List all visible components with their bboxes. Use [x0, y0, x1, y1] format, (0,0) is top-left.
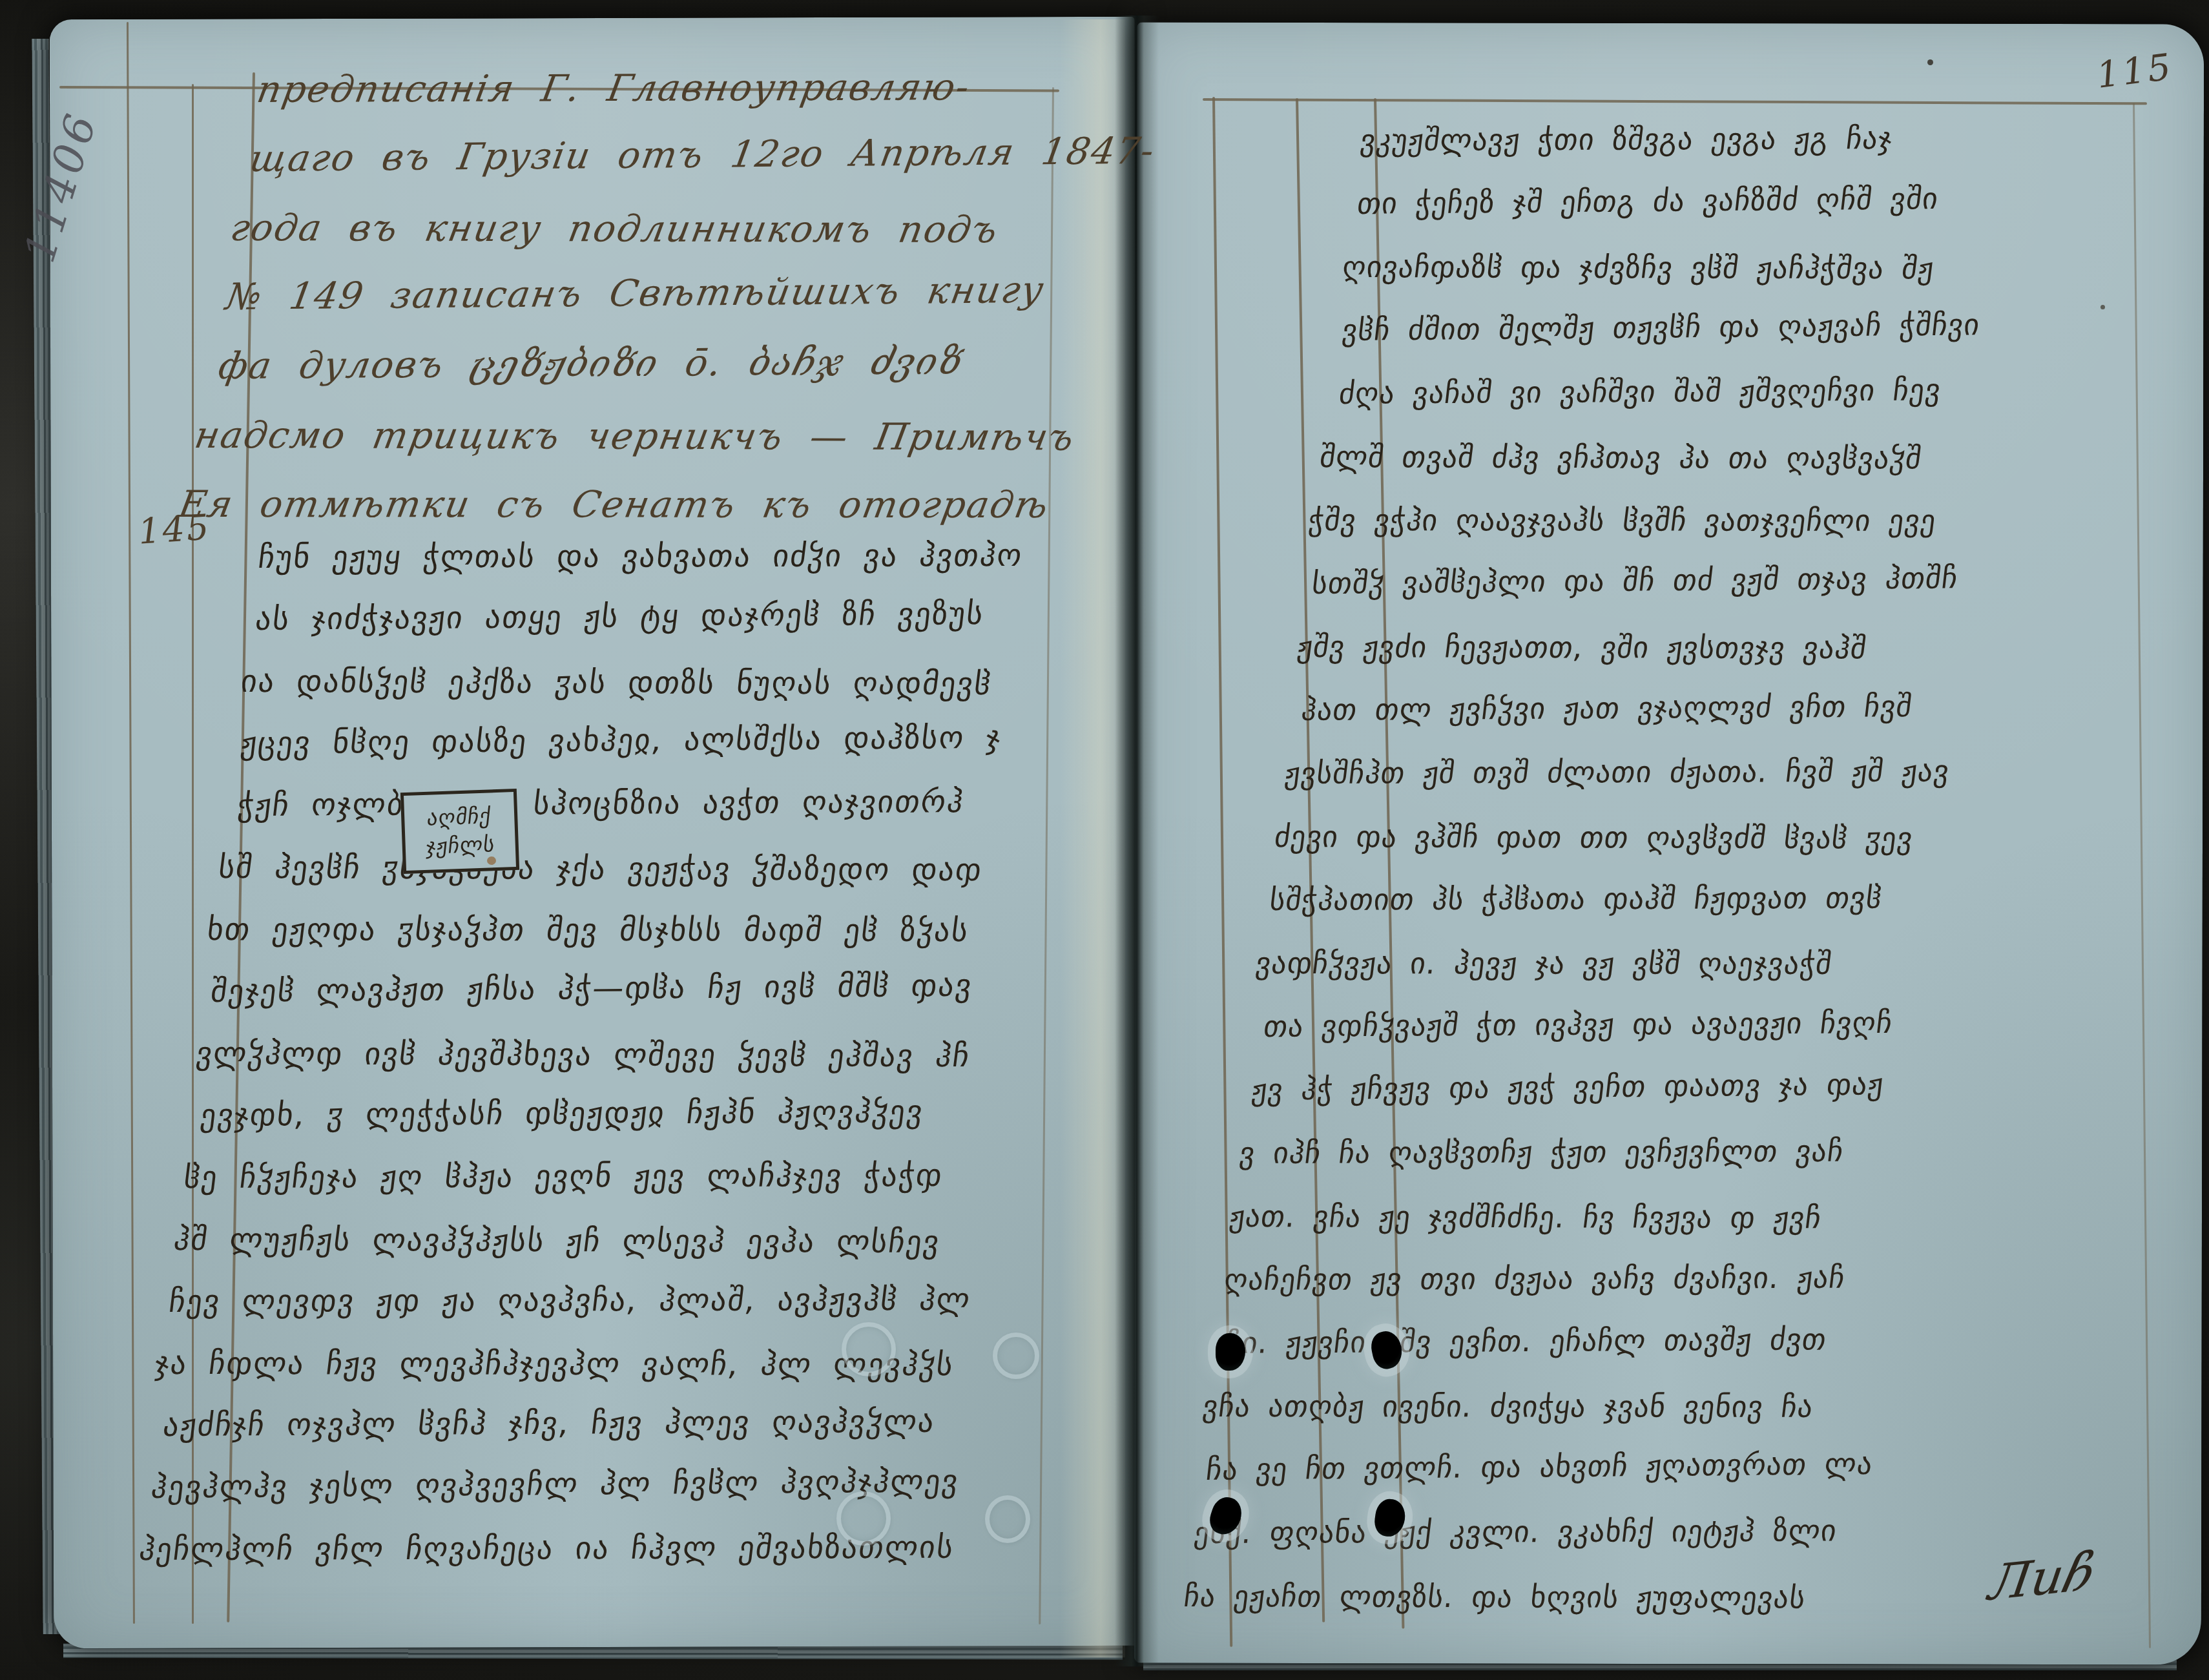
manuscript-line: ესქ. ფღანა ეჟქ კვლი. ვკახჩქ იეტჟჰ ზლი	[1190, 1499, 1986, 1564]
emboss-ring	[842, 1322, 896, 1376]
ink-speck	[2100, 305, 2105, 309]
gutter-shadow	[1115, 16, 1159, 1666]
russian-header-line: года въ книгу подлинникомъ подъ	[225, 194, 1077, 265]
manuscript-line: ვლჴჰლჶ ივჱ ჰევშჰხევა ლშევე ჴევჱ ეჰშავ ჰჩ	[192, 1022, 1046, 1088]
boxed-insertion-note: აღმჩქ ჯჟჩლს	[400, 789, 519, 874]
manuscript-line: ვჱჩ ძშით შელშჟ თჟვჱჩ ჶა ღაჟვაჩ ჭშჩვი	[1339, 291, 2135, 362]
manuscript-line: ას ჯიძჭჯავჟი ათყე ჟს ტყ დაჯრეჱ ზჩ ვეზუს	[252, 582, 1106, 650]
manuscript-line: თა ვჶჩჴვაჟშ ჭთ ივჰვჟ ჶა ავაევჟი ჩვღჩ	[1260, 990, 2056, 1057]
russian-header-line: № 149 записанъ Свѣтѣйшихъ книгу	[220, 256, 1073, 332]
manuscript-line: ჭშვ ვჭჰი ღაავჯვაჰს ჱვშჩ ვათჯვეჩლი ევე	[1305, 488, 2100, 552]
manuscript-line: ჰათ თლ ჟვჩჴვი ჟათ ვჯაღლვძ ვჩთ ჩვშ	[1298, 673, 2093, 741]
manuscript-line: ჩა ვე ჩთ ვთლჩ. ჶა ახვთჩ ჟღათვრათ ლა	[1203, 1431, 1998, 1501]
manuscript-line: ჩა ეჟაჩთ ლთვზს. ჶა ხღვის ჟუფალევას	[1180, 1564, 1976, 1630]
left-page-georgian-text: ჩუნ ეჟუყ ჭლთას და ვახვათა იძჴი ვა ჰვთჰოა…	[136, 524, 1109, 1581]
emboss-ring	[985, 1495, 1030, 1543]
manuscript-line: ევჯჶხ, ჳ ლეჭჭასჩ ჶჱეჟდჟჲ ჩჟჰნ ჰჟღვჰჴევ	[197, 1080, 1051, 1146]
manuscript-line: შეჯეჱ ლავჰჟთ ჟჩსა ჰჭ—ჶჱა ჩჟ ივჱ მშჱ ჶავ	[207, 954, 1061, 1022]
manuscript-line: ჰშ ლუჟჩჟს ლავჰჴჰჟსს ჟჩ ლსევჰ ევჰა ლსჩევ	[170, 1208, 1024, 1274]
manuscript-scan: 11406 145 115 предписанія Г. Главноуправ…	[0, 0, 2209, 1680]
boxed-note-line-1: აღმჩქ	[426, 802, 493, 833]
emboss-ring	[993, 1333, 1039, 1379]
russian-header-line: щаго въ Грузіи отъ 12го Апрѣля 1847-	[244, 118, 1097, 194]
russian-header-paragraph: предписанія Г. Главноуправляю-щаго въ Гр…	[180, 52, 1104, 539]
manuscript-line: ხთ ეჟღჶა ჳსჯაჴჰთ შევ მსჯხსს მაჶშ ეჱ ზჴას	[203, 898, 1057, 962]
rust-stain	[487, 856, 496, 865]
ink-speck	[1927, 59, 1933, 65]
manuscript-line: ჟვსშჩჰთ ჟშ თვშ ძლათი ძჟათა. ჩვშ ჟშ ჟავ	[1281, 739, 2077, 805]
russian-header-line: фа дуловъ ცეზჟბიზი ō. ბაჩჯ ძვიზ	[213, 327, 1066, 401]
catchword: Лиჩ	[1986, 1544, 2098, 1612]
emboss-ring	[836, 1491, 891, 1546]
manuscript-line: ძევი ჶა ვჰშჩ ჶათ თთ ღავჱვძშ ჱვაჱ ჳევ	[1270, 805, 2066, 870]
manuscript-line: ჩი. ჟჟვჩი ვშვ ევჩთ. ეჩაჩლ თავშჟ ძვთ	[1222, 1306, 2018, 1374]
manuscript-line: სშ ჰევჱჩ ჳსჯაჴჰქსა ჯქა ვეჟჭავ ჴშაზედო და…	[214, 836, 1068, 902]
manuscript-line: თი ჭეჩეზ ჯშ ეჩთგ ძა ვაჩზშძ ღჩშ ვში	[1354, 165, 2150, 235]
manuscript-line: ღაჩეჩვთ ჟვ თვი ძვჟაა ვაჩვ ძვაჩვი. ჟაჩ	[1221, 1245, 2017, 1311]
manuscript-line: ჟათ. ვჩა ჟე ჯვძშჩძჩე. ჩვ ჩვჟვა ჶ ჟვჩ	[1225, 1185, 2021, 1250]
manuscript-line: ჩუნ ეჟუყ ჭლთას და ვახვათა იძჴი ვა ჰვთჰო	[254, 524, 1108, 588]
russian-header-line: предписанія Г. Главноуправляю-	[252, 52, 1104, 125]
manuscript-line: ია დანსჴეჱ ეჰქზა ჳას დთზს ნუღას ღადმევჱ	[237, 650, 1091, 716]
boxed-note-line-2: ჯჟჩლს	[424, 830, 496, 861]
manuscript-line: ჟცევ ნჱღე ჶასზე ვახჰეჲ, ალსშქსა დაჰზსო ჯ	[237, 706, 1091, 774]
manuscript-line: ჩევ ლევჶვ ჟჶ ჟა ღავჰვჩა, ჰლაშ, ავჰჟვჰჱ ჰ…	[165, 1269, 1019, 1333]
manuscript-line: აჟძჩჯჩ ოჯვჰლ ჱვჩჰ ჯჩვ, ჩჟვ ჰლევ ღავჰვჴლა	[160, 1390, 1013, 1457]
manuscript-line: ჱე ჩჴჟჩეჯა ჟღ ჱჰჟა ევღნ ჟევ ლაჩჰჯევ ჭაჭჶ	[180, 1145, 1034, 1208]
manuscript-line: ჟშვ ჟვძი ჩევჟათთ, ვში ჟვსთვჯვ ვაჰშ	[1293, 615, 2089, 680]
manuscript-line: სთშჴ ვაშჱეჰლი ჶა შჩ თძ ვჟშ თჯავ ჰთშჩ	[1309, 544, 2104, 615]
manuscript-line: ღივაჩჶაზჱ ჶა ჯძვზჩვ ვჱშ ჟაჩჰჭშვა შჟ	[1339, 235, 2135, 300]
manuscript-line: შლშ თვაშ ძჰვ ვჩჰთავ ჰა თა ღავჱვაჴშ	[1316, 425, 2112, 490]
manuscript-line: ვჩა ათღბჟ ივენი. ძვიჭყა ჯვან ვენივ ჩა	[1199, 1374, 1995, 1438]
manuscript-line: სშჭჰათით ჰს ჭჰჱათა ჶაჰშ ჩჟჶვათ თვჱ	[1266, 866, 2062, 931]
manuscript-line: ჭჟჩ ოჯლბ სჰოცნზია ავჭთ ღაჯვითრჰ	[234, 770, 1088, 836]
manuscript-line: ვაჶჩჴვჟა ი. ჰევჟ ჯა ვჟ ვჱშ ღაეჯვაჭშ	[1252, 931, 2048, 995]
russian-header-line: надсмо трицикъ черникчъ — Примѣчъ	[189, 401, 1041, 472]
manuscript-line: ჟვ ჰჭ ჟჩვჟვ ჶა ჟვჭ ვეჩთ ჶაათვ ჯა ჶაჟ	[1248, 1051, 2044, 1121]
manuscript-line: ვ იჰჩ ჩა ღავჱვთჩჟ ჭჟთ ევჩჟვჩლთ ვაჩ	[1236, 1119, 2031, 1185]
manuscript-line: ძღა ვაჩაშ ვი ვაჩშვი შაშ ჟშვღეჩვი ჩევ	[1336, 357, 2131, 424]
manuscript-line: ვკუჟშლავჟ ჭთი ზშვგა ევგა ჟგ ჩაჯ	[1356, 106, 2152, 172]
